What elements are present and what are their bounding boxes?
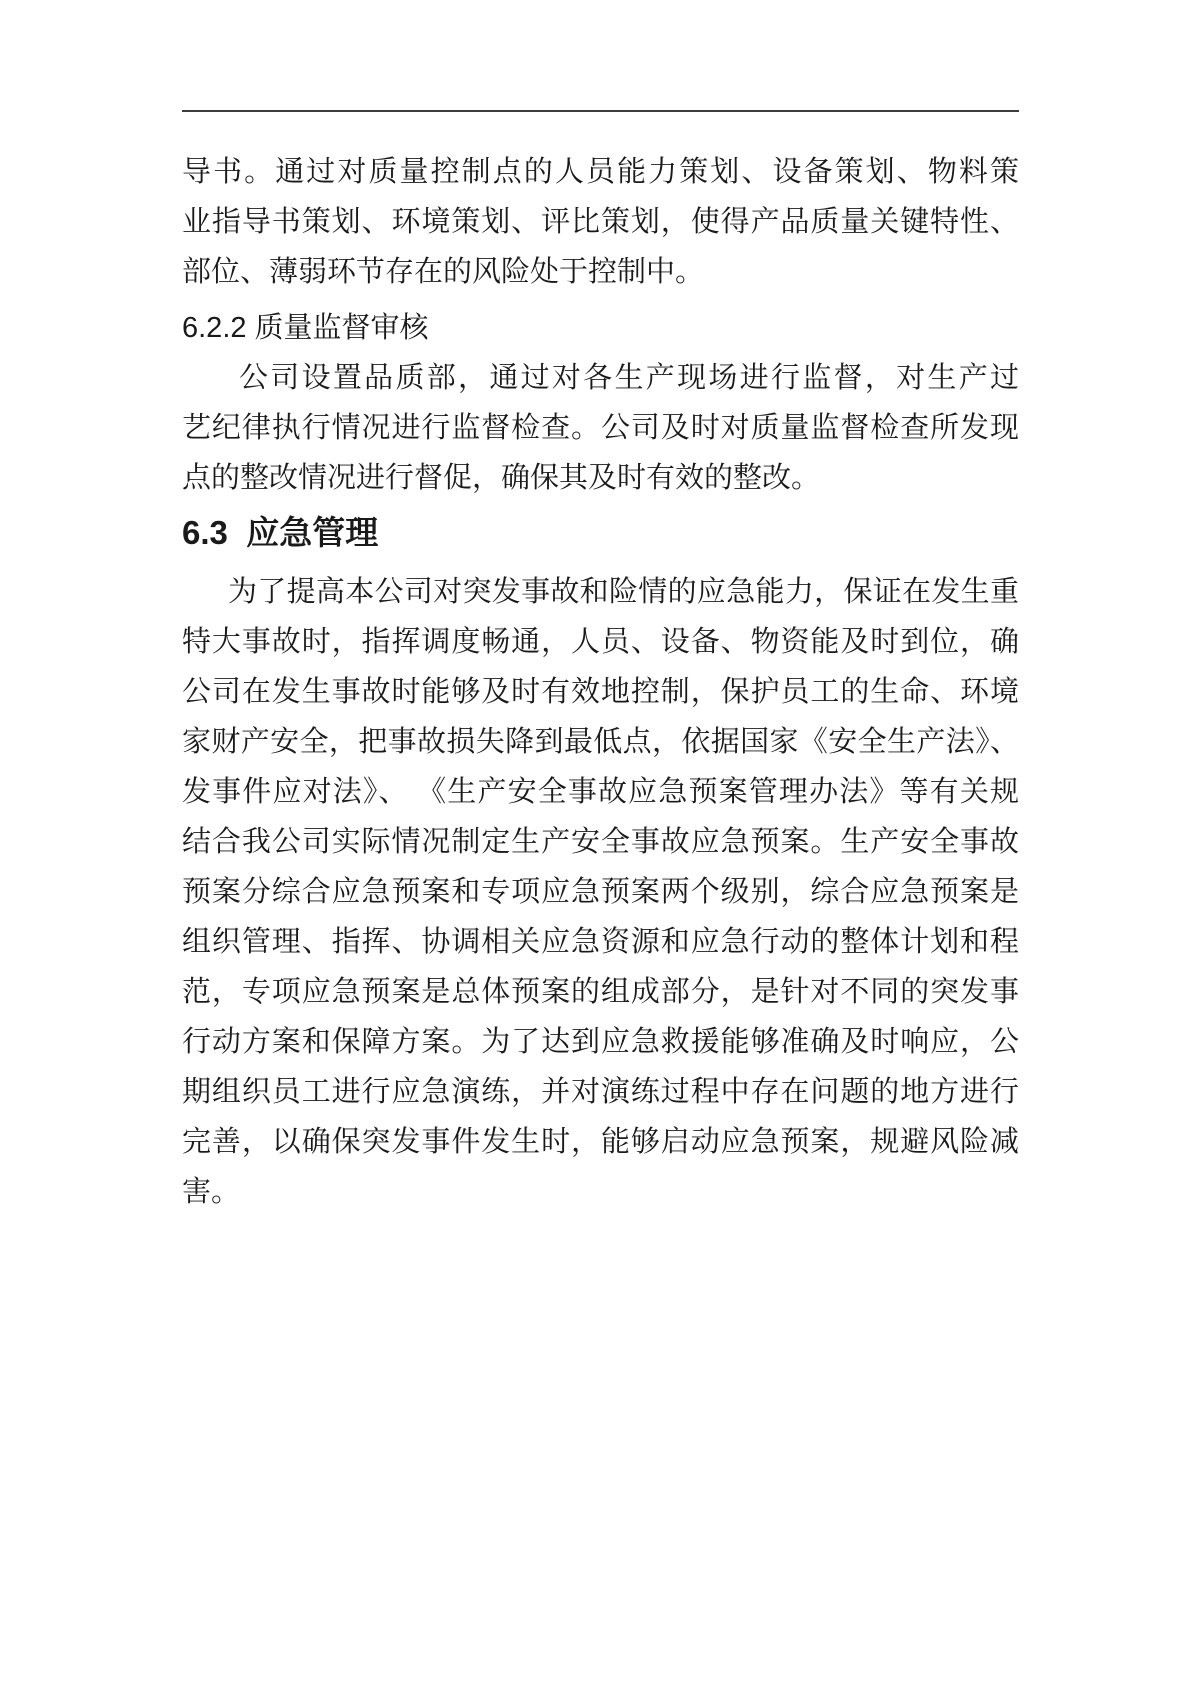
- text-line: 公司设置品质部，通过对各生产现场进行监督，对生产过程、工: [182, 353, 1019, 403]
- text-line: 期组织员工进行应急演练，并对演练过程中存在问题的地方进行改进: [182, 1067, 1019, 1117]
- text-line: 行动方案和保障方案。为了达到应急救援能够准确及时响应，公司定: [182, 1017, 1019, 1067]
- text-line: 组织管理、指挥、协调相关应急资源和应急行动的整体计划和程序规: [182, 917, 1019, 967]
- text-line: 家财产安全，把事故损失降到最低点，依据国家《安全生产法》、《突: [182, 717, 1019, 767]
- text-line: 公司在发生事故时能够及时有效地控制，保护员工的生命、环境和国: [182, 667, 1019, 717]
- text-line: 点的整改情况进行督促，确保其及时有效的整改。: [182, 453, 1019, 503]
- heading-6-2-2: 6.2.2 质量监督审核: [182, 303, 1019, 353]
- paragraph-continuation: 导书。通过对质量控制点的人员能力策划、设备策划、物料策划、作 业指导书策划、环境…: [182, 147, 1019, 297]
- paragraph-6-2-2: 公司设置品质部，通过对各生产现场进行监督，对生产过程、工 艺纪律执行情况进行监督…: [182, 353, 1019, 503]
- document-page: 导书。通过对质量控制点的人员能力策划、设备策划、物料策划、作 业指导书策划、环境…: [0, 0, 1199, 1696]
- text-line: 为了提高本公司对突发事故和险情的应急能力，保证在发生重大、: [182, 567, 1019, 617]
- text-line: 业指导书策划、环境策划、评比策划，使得产品质量关键特性、关键: [182, 197, 1019, 247]
- text-line: 特大事故时，指挥调度畅通，人员、设备、物资能及时到位，确保本: [182, 617, 1019, 667]
- text-line: 完善，以确保突发事件发生时，能够启动应急预案，规避风险减少危: [182, 1117, 1019, 1167]
- text-line: 艺纪律执行情况进行监督检查。公司及时对质量监督检查所发现问题: [182, 403, 1019, 453]
- text-line: 导书。通过对质量控制点的人员能力策划、设备策划、物料策划、作: [182, 147, 1019, 197]
- document-content: 导书。通过对质量控制点的人员能力策划、设备策划、物料策划、作 业指导书策划、环境…: [182, 112, 1019, 1217]
- text-line: 发事件应对法》、 《生产安全事故应急预案管理办法》等有关规定，: [182, 767, 1019, 817]
- text-line: 部位、薄弱环节存在的风险处于控制中。: [182, 247, 1019, 297]
- paragraph-6-3: 为了提高本公司对突发事故和险情的应急能力，保证在发生重大、 特大事故时，指挥调度…: [182, 567, 1019, 1217]
- text-line: 预案分综合应急预案和专项应急预案两个级别，综合应急预案是公司: [182, 867, 1019, 917]
- text-line: 范，专项应急预案是总体预案的组成部分，是针对不同的突发事故的: [182, 967, 1019, 1017]
- text-line: 结合我公司实际情况制定生产安全事故应急预案。生产安全事故应急: [182, 817, 1019, 867]
- text-line: 害。: [182, 1167, 1019, 1217]
- heading-6-3: 6.3 应急管理: [182, 503, 1019, 563]
